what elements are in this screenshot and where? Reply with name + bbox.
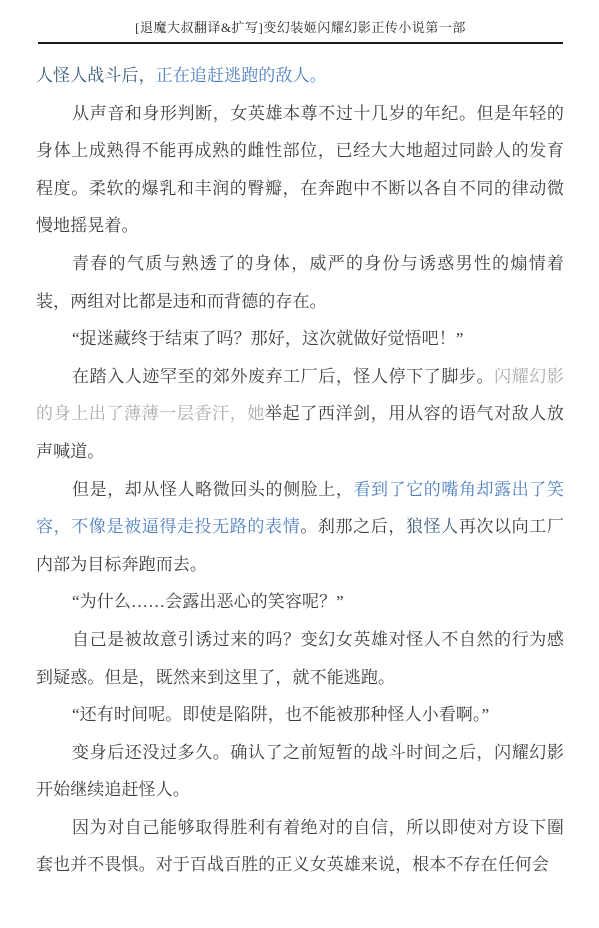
paragraph: 但是，却从怪人略微回头的侧脸上，看到了它的嘴角却露出了笑容，不像是被逼得走投无路… [36, 471, 564, 584]
document-body: 人怪人战斗后，正在追赶逃跑的敌人。从声音和身形判断，女英雄本尊不过十几岁的年纪。… [36, 57, 564, 884]
text-run: 青春的气质与熟透了的身体，威严的身份与诱惑男性的煽情着装，两组对比都是违和而背德… [36, 254, 564, 311]
text-run: 但是，却从怪人略微回头的侧脸上， [72, 480, 353, 499]
paragraph: 因为对自己能够取得胜利有着绝对的自信，所以即使对方设下圈套也并不畏惧。对于百战百… [36, 809, 564, 884]
paragraph: 在踏入人迹罕至的郊外废弃工厂后，怪人停下了脚步。闪耀幻影的身上出了薄薄一层香汗，… [36, 358, 564, 471]
text-run: 自己是被故意引诱过来的吗？变幻女英雄对怪人不自然的行为感到疑惑。但是，既然来到这… [36, 630, 564, 687]
paragraph: “还有时间呢。即使是陷阱，也不能被那种怪人小看啊。” [36, 696, 564, 734]
text-run: 变身后还没过多久。确认了之前短暂的战斗时间之后，闪耀幻影开始继续追赶怪人。 [36, 743, 564, 800]
paragraph: “为什么……会露出恶心的笑容呢？” [36, 583, 564, 621]
text-run: 人怪人战斗后， [36, 66, 156, 85]
text-run: “捉迷藏终于结束了吗？那好，这次就做好觉悟吧！” [72, 329, 464, 348]
page-title: [退魔大叔翻译&扩写]变幻装姬闪耀幻影正传小说第一部 [135, 20, 466, 35]
paragraph: 青春的气质与熟透了的身体，威严的身份与诱惑男性的煽情着装，两组对比都是违和而背德… [36, 245, 564, 320]
paragraph: 自己是被故意引诱过来的吗？变幻女英雄对怪人不自然的行为感到疑惑。但是，既然来到这… [36, 621, 564, 696]
text-run: 从声音和身形判断，女英雄本尊不过十几岁的年纪。但是年轻的身体上成熟得不能再成熟的… [36, 104, 564, 236]
paragraph: 人怪人战斗后，正在追赶逃跑的敌人。 [36, 57, 564, 95]
text-run: “还有时间呢。即使是陷阱，也不能被那种怪人小看啊。” [72, 705, 489, 724]
paragraph: “捉迷藏终于结束了吗？那好，这次就做好觉悟吧！” [36, 320, 564, 358]
text-run: 狼怪人 [406, 517, 459, 536]
page-header: [退魔大叔翻译&扩写]变幻装姬闪耀幻影正传小说第一部 [38, 0, 563, 44]
text-run: 正在追赶逃跑的敌人。 [156, 66, 327, 85]
text-run: “为什么……会露出恶心的笑容呢？” [72, 592, 344, 611]
paragraph: 从声音和身形判断，女英雄本尊不过十几岁的年纪。但是年轻的身体上成熟得不能再成熟的… [36, 95, 564, 245]
text-run: 。刹那之后， [300, 517, 406, 536]
paragraph: 变身后还没过多久。确认了之前短暂的战斗时间之后，闪耀幻影开始继续追赶怪人。 [36, 734, 564, 809]
document-page: [退魔大叔翻译&扩写]变幻装姬闪耀幻影正传小说第一部 人怪人战斗后，正在追赶逃跑… [0, 0, 599, 928]
text-run: 在踏入人迹罕至的郊外废弃工厂后，怪人停下了脚步。 [72, 367, 494, 386]
text-run: 因为对自己能够取得胜利有着绝对的自信，所以即使对方设下圈套也并不畏惧。对于百战百… [36, 818, 564, 875]
